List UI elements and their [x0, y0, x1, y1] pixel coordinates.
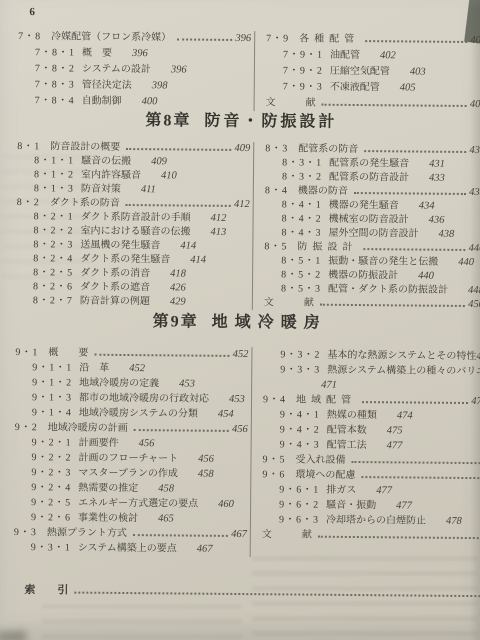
entry-page: 477: [396, 498, 412, 513]
page-number-folio: 6: [29, 6, 36, 18]
entry-title: 振動・騒音の発生と伝搬: [328, 255, 438, 270]
entry-page: 438: [438, 228, 454, 242]
entry-page: 402: [380, 48, 396, 64]
entry-page: 474: [397, 408, 413, 423]
entry-dot-leader: [74, 592, 480, 598]
entry-number: 8・4・2: [282, 212, 322, 226]
entry-number: 8・3・1: [282, 156, 322, 170]
entry-dot-leader: [94, 354, 229, 357]
entry-number: 9・1・2: [32, 375, 72, 390]
toc-entry: 文 献: [262, 527, 480, 544]
toc-entry: 7・9・1油配管402: [266, 47, 480, 65]
entry-title: 管径決定法: [82, 78, 132, 94]
entry-number: 9・1・1: [32, 360, 72, 375]
toc-entry: 7・9各種配管402: [266, 31, 480, 49]
entry-number: 8・2・2: [33, 224, 73, 238]
entry-number: 9・2: [15, 420, 38, 435]
toc-entry: 9・3・3熱源システム構築上の種々のバリエーション: [263, 362, 480, 379]
entry-page: 436: [429, 214, 445, 228]
entry-number: 8・2・6: [33, 280, 73, 294]
entry-number: 9・2・5: [31, 495, 71, 510]
entry-number: 9・6・3: [279, 512, 319, 527]
entry-title: 防振設計: [297, 240, 357, 255]
entry-title: 機器の発生騒音: [329, 199, 399, 214]
entry-dot-leader: [318, 536, 480, 539]
book-page-photo: 6 7・8冷媒配管（フロン系冷媒）3967・8・1概 要3967・8・2システム…: [0, 0, 480, 640]
entry-title: 計画要件: [79, 436, 119, 451]
entry-title: 圧縮空気配管: [330, 64, 390, 81]
entry-number: 9・1: [15, 345, 38, 360]
entry-title: 排ガス: [326, 483, 356, 498]
entry-number: 9・6・1: [279, 482, 319, 497]
entry-page: 478: [446, 514, 462, 529]
entry-number: 8・1・1: [34, 154, 74, 168]
entry-page: 414: [190, 254, 206, 268]
entry-page: 460: [218, 497, 234, 512]
entry-number: 9・2・2: [31, 450, 71, 465]
ch8-left-column: 8・1防音設計の概要4098・1・1騒音の伝搬4098・1・2室内許容騒音410…: [16, 140, 253, 310]
entry-title: ダクト系防音設計の手順: [81, 211, 191, 226]
entry-dot-leader: [126, 204, 231, 207]
entry-title: 地域冷暖房システムの分類: [79, 406, 198, 422]
entry-title: 防音対策: [81, 183, 121, 197]
entry-number: 7・8・2: [35, 61, 75, 77]
entry-title: 概 要: [82, 46, 112, 62]
entry-page: 409: [151, 155, 167, 169]
entry-number: 7・8: [18, 29, 41, 45]
entry-number: 8・3: [265, 142, 288, 156]
entry-title: 機械室の防音設計: [329, 213, 409, 228]
entry-number: 9・3: [14, 525, 37, 540]
entry-title: ダクト系の発生騒音: [80, 253, 170, 268]
entry-title: 熱源システム構築上の種々のバリエーション: [327, 363, 480, 380]
entry-page: 448: [468, 284, 480, 298]
entry-page: 396: [132, 46, 148, 62]
entry-number: 7・9・1: [283, 47, 323, 63]
entry-page: 452: [233, 347, 249, 362]
page-content: 6 7・8冷媒配管（フロン系冷媒）3967・8・1概 要3967・8・2システム…: [0, 0, 480, 640]
entry-page: 440: [418, 270, 434, 284]
entry-title: 概 要: [48, 345, 88, 360]
entry-number: 8・2・4: [33, 252, 73, 266]
entry-page: 414: [180, 239, 196, 253]
entry-page: 403: [410, 64, 426, 80]
chapter-8-number: 第8章: [145, 112, 191, 129]
entry-title: 室内における騒音の伝搬: [80, 225, 190, 240]
entry-number: 9・4・3: [280, 437, 320, 452]
entry-dot-leader: [177, 38, 232, 40]
entry-page: 456: [198, 452, 214, 467]
entry-title: 沿 革: [79, 361, 109, 376]
entry-title: 地域冷暖房の定義: [79, 376, 159, 392]
entry-title: 熱源プラント方式: [47, 525, 127, 541]
entry-title: 配管本数: [327, 423, 367, 438]
entry-number: 8・2・3: [33, 238, 73, 252]
chapter-8-heading: 第8章防音・防振設計: [1, 106, 480, 133]
photo-bottom-left-shadow: [0, 631, 26, 640]
entry-page: 465: [158, 511, 174, 526]
entry-number: 8・4: [265, 184, 288, 198]
entry-page: 410: [161, 169, 177, 183]
entry-number: 9・4・2: [280, 422, 320, 437]
entry-dot-leader: [365, 40, 467, 43]
entry-dot-leader: [126, 148, 231, 151]
entry-number: 9・3・3: [280, 362, 320, 377]
entry-page: 412: [234, 198, 250, 212]
entry-number: 8・1・3: [34, 182, 74, 196]
entry-title: 地域冷暖房の計画: [48, 420, 128, 436]
entry-number: 8・5・2: [281, 268, 321, 282]
entry-page: 396: [171, 62, 187, 78]
entry-dot-leader: [134, 429, 229, 432]
entry-title: 基本的な熱源システムとその特性: [327, 348, 476, 364]
ch8-toc-block: 8・1防音設計の概要4098・1・1騒音の伝搬4098・1・2室内許容騒音410…: [16, 140, 480, 312]
ch9-left-column: 9・1概 要4529・1・1沿 革4529・1・2地域冷暖房の定義4539・1・…: [14, 345, 252, 557]
entry-page: 467: [231, 527, 247, 542]
entry-title: ダクト系の遮音: [80, 281, 150, 296]
entry-page: 453: [179, 376, 195, 391]
ch7-left-column: 7・8冷媒配管（フロン系冷媒）3967・8・1概 要3967・8・2システムの設…: [18, 29, 255, 111]
entry-page: 456: [232, 422, 248, 437]
entry-title: マスタープランの作成: [78, 466, 178, 482]
entry-page: 411: [141, 183, 156, 197]
entry-page: 452: [129, 361, 145, 376]
entry-page: 450: [468, 298, 480, 312]
entry-page: 409: [234, 142, 250, 156]
entry-page: 412: [211, 212, 227, 226]
entry-dot-leader: [133, 534, 228, 537]
entry-title: 配管系の防音: [298, 143, 358, 158]
entry-dot-leader: [354, 192, 466, 195]
entry-title: 熱需要の推定: [78, 481, 138, 497]
entry-title: 屋外空間の防音設計: [328, 227, 418, 242]
entry-dot-leader: [322, 104, 467, 107]
entry-page: 470: [476, 349, 480, 364]
entry-page: 454: [218, 407, 234, 422]
entry-title: 騒音・振動: [326, 498, 376, 513]
entry-page: 398: [152, 78, 168, 94]
entry-page: 433: [429, 172, 445, 186]
entry-number: 8・4・3: [281, 226, 321, 240]
entry-page: 456: [139, 436, 155, 451]
entry-page: 431: [429, 158, 445, 172]
entry-page: 474: [471, 394, 480, 409]
entry-title: 油配管: [330, 48, 360, 64]
chapter-8-title: 防音・防振設計: [204, 113, 337, 131]
entry-title: 配管系の発生騒音: [329, 157, 409, 172]
entry-number: 8・1・2: [34, 168, 74, 182]
entry-number: 7・8・1: [35, 45, 75, 61]
entry-number: 9・4: [263, 392, 286, 407]
entry-page: 467: [197, 542, 213, 557]
entry-number: 8・5: [264, 240, 287, 254]
entry-number: 8・3・2: [282, 170, 322, 184]
entry-title: 配管・ダクト系の防振設計: [328, 283, 448, 298]
entry-number: 8・2・5: [33, 266, 73, 280]
entry-number: 7・8・3: [35, 77, 75, 93]
entry-number: 8・2・1: [34, 210, 74, 224]
entry-number: 8・4・1: [282, 198, 322, 212]
entry-title: ダクト系の消音: [80, 267, 150, 282]
entry-page: 440: [469, 242, 480, 256]
entry-page: 413: [210, 226, 226, 240]
entry-page: 475: [387, 423, 403, 438]
entry-dot-leader: [362, 401, 468, 404]
entry-page: 458: [158, 481, 174, 496]
entry-page: 431: [469, 144, 480, 158]
entry-page: 426: [170, 281, 186, 295]
ch9-toc-block: 9・1概 要4529・1・1沿 革4529・1・2地域冷暖房の定義4539・1・…: [14, 345, 480, 559]
ch8-right-column: 8・3配管系の防音4318・3・1配管系の発生騒音4318・3・2配管系の防音設…: [252, 142, 480, 312]
entry-number: 9・2・3: [31, 465, 71, 480]
entry-page: 402: [470, 33, 480, 49]
entry-dot-leader: [320, 304, 465, 307]
entry-dot-leader: [361, 476, 480, 479]
toc-entry: 7・9・3不凍液配管405: [266, 79, 480, 97]
entry-title: 受入れ設備: [295, 452, 345, 467]
entry-number: 7・9・3: [283, 79, 323, 95]
entry-title: 冷却塔からの白煙防止: [326, 513, 426, 529]
entry-title: 地域配管: [296, 392, 356, 408]
entry-number: 8・5・3: [281, 282, 321, 296]
entry-page: 418: [170, 267, 186, 281]
entry-title: 室内許容騒音: [81, 169, 141, 184]
entry-number: 9・3・2: [280, 347, 320, 362]
entry-page: 471: [321, 378, 337, 393]
entry-page: 396: [235, 31, 251, 47]
ch9-right-column: 9・3・2基本的な熱源システムとその特性4709・3・3熱源システム構築上の種々…: [250, 347, 480, 559]
toc-entry: 7・9・2圧縮空気配管403: [266, 63, 480, 81]
entry-title: エネルギー方式選定の要点: [78, 496, 198, 512]
entry-number: 9・2・6: [31, 510, 71, 525]
entry-title: 騒音の伝搬: [81, 155, 131, 169]
entry-title: 文 献: [262, 527, 312, 542]
entry-title: 配管系の防音設計: [329, 171, 409, 186]
entry-dot-leader: [364, 150, 466, 153]
entry-title: 環境への配慮: [295, 467, 355, 483]
entry-number: 8・5・1: [281, 254, 321, 268]
entry-page: 434: [469, 186, 480, 200]
entry-title: 防音設計の概要: [50, 140, 120, 155]
entry-title: システム構築上の要点: [78, 541, 177, 557]
toc-entry: 索 引: [24, 583, 480, 602]
entry-number: 9・3・1: [31, 540, 71, 555]
entry-number: 9・1・4: [32, 405, 72, 420]
entry-title: 不凍液配管: [330, 80, 380, 96]
entry-title: 事業性の検討: [78, 511, 138, 527]
chapter-9-heading: 第9章地域冷暖房: [0, 307, 480, 334]
entry-title: 各種配管: [299, 32, 359, 49]
entry-number: 8・1: [17, 140, 40, 154]
entry-number: 9・5: [262, 452, 285, 467]
ch7-toc-block: 7・8冷媒配管（フロン系冷媒）3967・8・1概 要3967・8・2システムの設…: [18, 29, 480, 113]
entry-number: 9・6・2: [279, 497, 319, 512]
entry-page: 405: [400, 80, 416, 96]
entry-title: システムの設計: [82, 62, 151, 79]
entry-title: 機器の防振設計: [328, 269, 398, 284]
entry-number: 9・4・1: [280, 407, 320, 422]
entry-title: ダクト系の防音: [50, 196, 120, 211]
entry-title: 送風機の発生騒音: [80, 239, 160, 254]
entry-page: 434: [419, 200, 435, 214]
entry-number: 9・1・3: [32, 390, 72, 405]
entry-number: 7・9・2: [283, 63, 323, 79]
entry-page: 429: [170, 295, 186, 309]
ch7-right-column: 7・9各種配管4027・9・1油配管4027・9・2圧縮空気配管4037・9・3…: [254, 31, 480, 113]
entry-number: 9・6: [262, 467, 285, 482]
entry-page: 477: [376, 483, 392, 498]
toc-entry: 9・3・1システム構築上の要点467: [14, 540, 247, 557]
entry-number: 9・2・4: [31, 480, 71, 495]
entry-title: 計画のフローチャート: [78, 451, 178, 467]
entry-page: 458: [198, 467, 214, 482]
chapter-9-number: 第9章: [153, 313, 199, 330]
entry-title: 熱媒の種類: [327, 408, 377, 423]
entry-dot-leader: [351, 461, 480, 464]
index-entry-row: 索 引: [24, 583, 480, 602]
entry-number: 8・2: [17, 196, 40, 210]
entry-dot-leader: [363, 248, 465, 251]
entry-title: 機器の防音: [298, 185, 348, 199]
entry-title: 都市の地域冷暖房の行政対応: [79, 391, 209, 407]
entry-page: 453: [229, 392, 245, 407]
entry-page: 477: [387, 438, 403, 453]
entry-number: 9・2・1: [32, 435, 72, 450]
chapter-9-title: 地域冷暖房: [212, 314, 327, 332]
entry-number: 7・9: [266, 31, 289, 47]
entry-title: 冷媒配管（フロン系冷媒）: [51, 29, 171, 46]
entry-page: 440: [458, 256, 474, 270]
entry-title: 配管工法: [327, 438, 367, 453]
entry-title: 索 引: [24, 583, 68, 598]
